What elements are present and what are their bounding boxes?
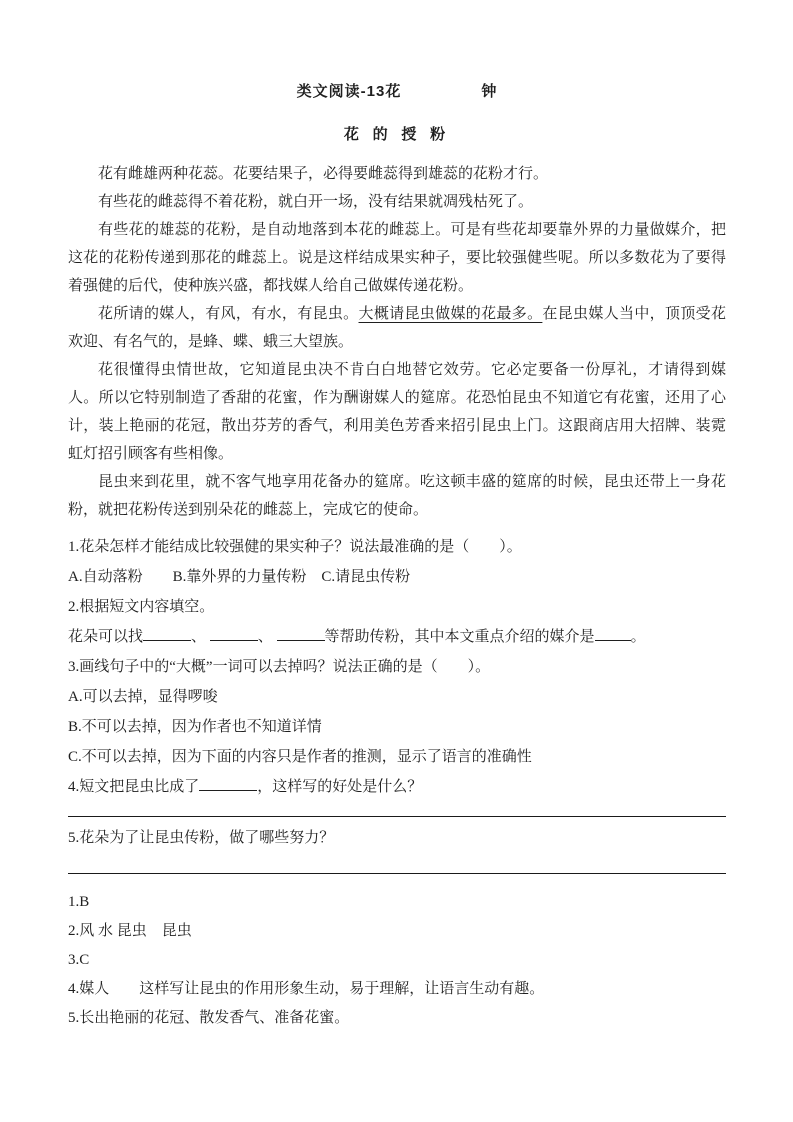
passage-paragraph-4: 花所请的媒人，有风，有水，有昆虫。大概请昆虫做媒的花最多。在昆虫媒人当中，顶顶受… bbox=[68, 300, 726, 356]
question-3-option-a: A.可以去掉，显得啰唆 bbox=[68, 682, 726, 712]
passage-paragraph-2: 有些花的雌蕊得不着花粉，就白开一场，没有结果就凋残枯死了。 bbox=[68, 188, 726, 216]
answer-4: 4.媒人 这样写让昆虫的作用形象生动，易于理解，让语言生动有趣。 bbox=[68, 975, 726, 1004]
answer-line-2 bbox=[68, 873, 726, 874]
underlined-sentence: 大概请昆虫做媒的花最多。 bbox=[359, 306, 543, 322]
passage-paragraph-5: 花很懂得虫情世故，它知道昆虫决不肯白白地替它效劳。它必定要备一份厚礼，才请得到媒… bbox=[68, 356, 726, 468]
question-4-pre: 4.短文把昆虫比成了 bbox=[68, 779, 199, 795]
fill-blank-1 bbox=[143, 625, 191, 641]
paragraph-4-pre: 花所请的媒人，有风，有水，有昆虫。 bbox=[98, 306, 359, 322]
question-4-post: ，这样写的好处是什么？ bbox=[257, 779, 422, 795]
fill-separator-2: 、 bbox=[258, 629, 277, 645]
passage-paragraph-3: 有些花的雄蕊的花粉，是自动地落到本花的雌蕊上。可是有些花却要靠外界的力量做媒介，… bbox=[68, 216, 726, 300]
fill-end-text: 。 bbox=[631, 629, 646, 645]
passage-paragraph-1: 花有雌雄两种花蕊。花要结果子，必得要雌蕊得到雄蕊的花粉才行。 bbox=[68, 160, 726, 188]
question-2-fill-line: 花朵可以找、 、 等帮助传粉，其中本文重点介绍的媒介是。 bbox=[68, 622, 726, 652]
answer-3: 3.C bbox=[68, 946, 726, 975]
question-section: 1.花朵怎样才能结成比较强健的果实种子？说法最准确的是（ ）。 A.自动落粉 B… bbox=[68, 532, 726, 874]
question-5: 5.花朵为了让昆虫传粉，做了哪些努力？ bbox=[68, 823, 726, 853]
question-1: 1.花朵怎样才能结成比较强健的果实种子？说法最准确的是（ ）。 bbox=[68, 532, 726, 562]
fill-mid-text: 等帮助传粉，其中本文重点介绍的媒介是 bbox=[325, 629, 595, 645]
fill-blank-4 bbox=[595, 625, 631, 641]
doc-title: 类文阅读-13花 钟 bbox=[68, 80, 726, 101]
answer-2: 2.风 水 昆虫 昆虫 bbox=[68, 917, 726, 946]
doc-subtitle: 花 的 授 粉 bbox=[68, 123, 726, 144]
worksheet-page: 类文阅读-13花 钟 花 的 授 粉 花有雌雄两种花蕊。花要结果子，必得要雌蕊得… bbox=[0, 0, 793, 1122]
answer-key-section: 1.B 2.风 水 昆虫 昆虫 3.C 4.媒人 这样写让昆虫的作用形象生动，易… bbox=[68, 888, 726, 1033]
fill-pre-text: 花朵可以找 bbox=[68, 629, 143, 645]
reading-passage: 花有雌雄两种花蕊。花要结果子，必得要雌蕊得到雄蕊的花粉才行。 有些花的雌蕊得不着… bbox=[68, 160, 726, 524]
passage-paragraph-6: 昆虫来到花里，就不客气地享用花备办的筵席。吃这顿丰盛的筵席的时候，昆虫还带上一身… bbox=[68, 468, 726, 524]
fill-separator-1: 、 bbox=[191, 629, 210, 645]
question-3-option-b: B.不可以去掉，因为作者也不知道详情 bbox=[68, 712, 726, 742]
question-4: 4.短文把昆虫比成了，这样写的好处是什么？ bbox=[68, 772, 726, 802]
answer-line-1 bbox=[68, 816, 726, 817]
question-1-options: A.自动落粉 B.靠外界的力量传粉 C.请昆虫传粉 bbox=[68, 562, 726, 592]
question-3-option-c: C.不可以去掉，因为下面的内容只是作者的推测，显示了语言的准确性 bbox=[68, 742, 726, 772]
fill-blank-2 bbox=[210, 625, 258, 641]
question-3: 3.画线句子中的“大概”一词可以去掉吗？说法正确的是（ ）。 bbox=[68, 652, 726, 682]
question-4-blank bbox=[199, 775, 257, 791]
answer-5: 5.长出艳丽的花冠、散发香气、准备花蜜。 bbox=[68, 1004, 726, 1033]
answer-1: 1.B bbox=[68, 888, 726, 917]
question-2: 2.根据短文内容填空。 bbox=[68, 592, 726, 622]
fill-blank-3 bbox=[277, 625, 325, 641]
